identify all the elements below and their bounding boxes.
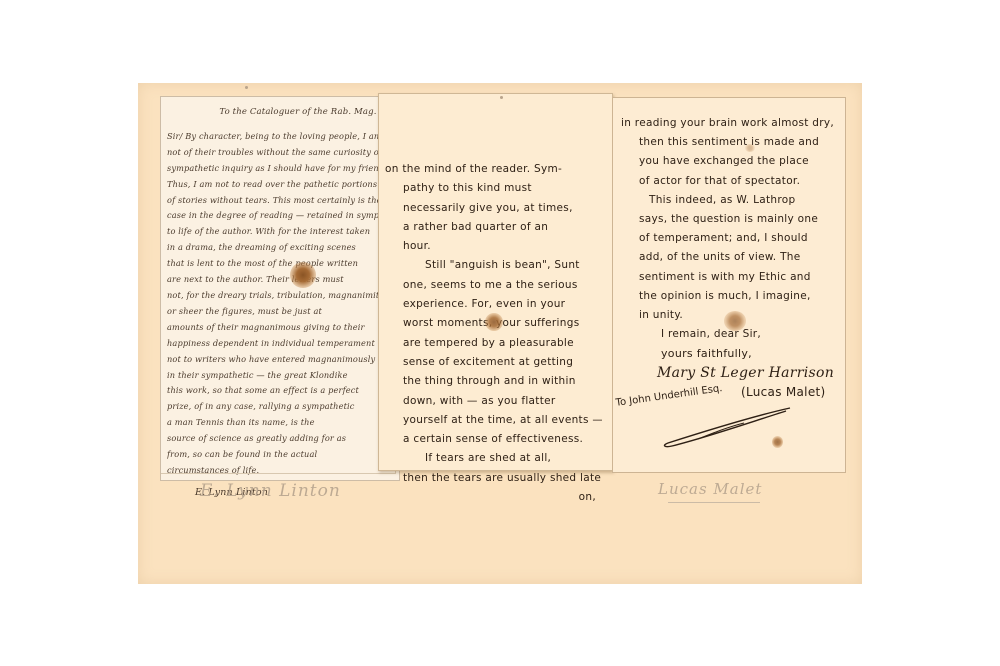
letter-middle-line: Still "anguish is bean", Sunt [385, 256, 602, 275]
letter-right-line: sentiment is with my Ethic and [621, 268, 839, 287]
stain-spot [745, 144, 755, 152]
letter-left-linton: To the Cataloguer of the Rab. Mag. Sir/ … [160, 96, 400, 481]
letter-middle-line: a certain sense of effectiveness. [385, 430, 602, 449]
pencil-underline [668, 502, 760, 503]
letter-middle-line: on the mind of the reader. Sym- [385, 160, 602, 179]
letter-right-line: then this sentiment is made and [621, 133, 839, 152]
letter-right-closing-2: yours faithfully, [621, 344, 839, 363]
letter-middle-line: the thing through and in within [385, 372, 602, 391]
letter-middle-line: sense of excitement at getting [385, 353, 602, 372]
pin-mark [500, 96, 503, 99]
letter-middle-line: pathy to this kind must [385, 179, 602, 198]
letter-middle-line: hour. [385, 237, 602, 256]
letter-middle-line: a rather bad quarter of an [385, 218, 602, 237]
letter-right-signature: Mary St Leger Harrison [621, 364, 839, 383]
pin-mark [245, 86, 248, 89]
letter-right-line: you have exchanged the place [621, 152, 839, 171]
stain-spot [772, 436, 783, 448]
letter-left-inner-border [161, 97, 396, 474]
letter-middle-line: are tempered by a pleasurable [385, 334, 602, 353]
letter-middle-line: on, [385, 488, 602, 507]
letter-middle-line: If tears are shed at all, [385, 449, 602, 468]
pencil-annotation-linton: E. Lynn Linton [200, 481, 341, 501]
letter-middle-page: on the mind of the reader. Sym- pathy to… [378, 93, 613, 471]
letter-middle-line: down, with — as you flatter [385, 392, 602, 411]
letter-middle-line: then the tears are usually shed later [385, 469, 602, 488]
letter-right-line: in reading your brain work almost dry, [621, 114, 839, 133]
letter-middle-line: necessarily give you, at times, [385, 199, 602, 218]
letter-right-line: says, the question is mainly one [621, 210, 839, 229]
letter-right-line: add, of the units of view. The [621, 248, 839, 267]
stain-spot [485, 313, 503, 331]
pencil-annotation-malet: Lucas Malet [658, 480, 762, 498]
letter-middle-line: one, seems to me a the serious [385, 276, 602, 295]
letter-right-line: of temperament; and, I should [621, 229, 839, 248]
stain-spot [290, 262, 316, 288]
letter-middle-line: experience. For, even in your [385, 295, 602, 314]
stain-spot [724, 311, 746, 331]
letter-right-line: of actor for that of spectator. [621, 172, 839, 191]
letter-middle-line: yourself at the time, at all events — [385, 411, 602, 430]
letter-right-line: This indeed, as W. Lathrop [621, 191, 839, 210]
letter-right-line: the opinion is much, I imagine, [621, 287, 839, 306]
